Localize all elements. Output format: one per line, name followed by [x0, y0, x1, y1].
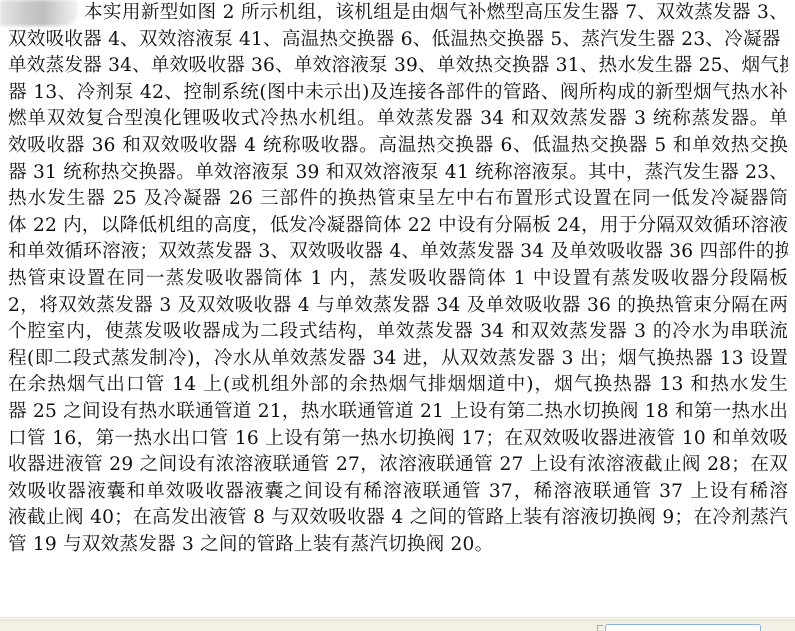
paragraph-line: 2，将双效蒸发器 3 及双效吸收器 4 与单效蒸发器 34 及单效吸收器 36 … [8, 293, 788, 320]
paragraph-line: 器 31 统称热交换器。单效溶液泵 39 和双效溶液泵 41 统称溶液泵。其中，… [8, 160, 788, 187]
paragraph-line: 单效蒸发器 34、单效吸收器 36、单效溶液泵 39、单效热交换器 31、热水发… [8, 53, 788, 80]
paragraph-line: 燃单双效复合型溴化锂吸收式冷热水机组。单效蒸发器 34 和双效蒸发器 3 统称蒸… [8, 106, 788, 133]
paragraph-line: 和单效循环溶液；双效蒸发器 3、双效吸收器 4、单效蒸发器 34 及单效吸收器 … [8, 239, 788, 266]
paragraph-line: 管 19 与双效蒸发器 3 之间的管路上装有蒸汽切换阀 20。 [8, 532, 788, 559]
paragraph-line: 口管 16，第一热水出口管 16 上设有第一热水切换阀 17；在双效吸收器进液管… [8, 426, 788, 453]
paragraph-line: 本实用新型如图 2 所示机组，该机组是由烟气补燃型高压发生器 7、双效蒸发器 3… [8, 0, 788, 27]
paragraph-line: 程(即二段式蒸发制冷)，冷水从单效蒸发器 34 进，从双效蒸发器 3 出；烟气换… [8, 346, 788, 373]
paragraph-line: 热管束设置在同一蒸发吸收器筒体 1 内，蒸发吸收器筒体 1 中设置有蒸发吸收器分… [8, 266, 788, 293]
status-input-field[interactable] [605, 624, 761, 631]
paragraph-line: 热水发生器 25 及冷凝器 26 三部件的换热管束呈左中右布置形式设置在同一低发… [8, 186, 788, 213]
document-body: 本实用新型如图 2 所示机组，该机组是由烟气补燃型高压发生器 7、双效蒸发器 3… [8, 0, 788, 558]
paragraph-line: 收器进液管 29 之间设有浓溶液联通管 27，浓溶液联通管 27 上设有浓溶液截… [8, 452, 788, 479]
paragraph-line: 器 13、冷剂泵 42、控制系统(图中未示出)及连接各部件的管路、阀所构成的新型… [8, 80, 788, 107]
paragraph-line: 器 25 之间设有热水联通管道 21，热水联通管道 21 上设有第二热水切换阀 … [8, 399, 788, 426]
status-bar [0, 617, 795, 631]
grip-icon [597, 625, 603, 631]
paragraph-line: 液截止阀 40；在高发出液管 8 与双效吸收器 4 之间的管路上装有溶液切换阀 … [8, 505, 788, 532]
paragraph-line: 个腔室内，使蒸发吸收器成为二段式结构，单效蒸发器 34 和双效蒸发器 3 的冷水… [8, 319, 788, 346]
paragraph-line: 双效吸收器 4、双效溶液泵 41、高温热交换器 6、低温热交换器 5、蒸汽发生器… [8, 27, 788, 54]
paragraph-line: 在余热烟气出口管 14 上(或机组外部的余热烟气排烟烟道中)，烟气换热器 13 … [8, 372, 788, 399]
paragraph-line: 效吸收器 36 和双效吸收器 4 统称吸收器。高温热交换器 6、低温热交换器 5… [8, 133, 788, 160]
paragraph-line: 体 22 内，以降低机组的高度，低发冷凝器筒体 22 中设有分隔板 24，用于分… [8, 213, 788, 240]
paragraph-line: 效吸收器液囊和单效吸收器液囊之间设有稀溶液联通管 37，稀溶液联通管 37 上设… [8, 479, 788, 506]
